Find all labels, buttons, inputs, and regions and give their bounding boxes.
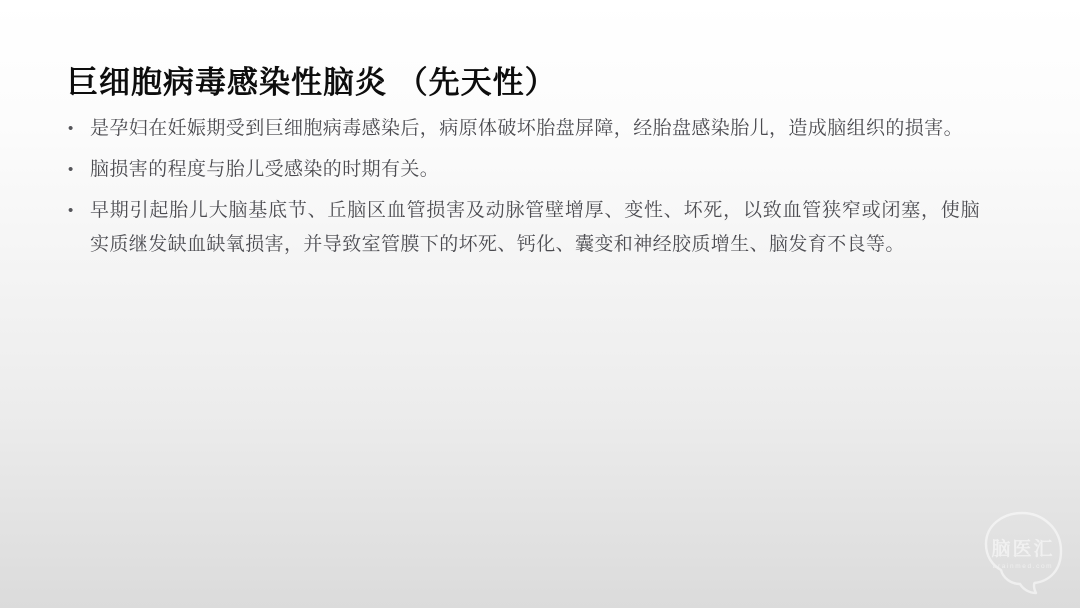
bullet-text: 早期引起胎儿大脑基底节、丘脑区血管损害及动脉管壁增厚、变性、坏死，以致血管狭窄或… bbox=[90, 194, 980, 262]
bullet-list: • 是孕妇在妊娠期受到巨细胞病毒感染后，病原体破坏胎盘屏障，经胎盘感染胎儿，造成… bbox=[68, 112, 980, 269]
brain-logo-icon: 脑医汇 brainmed.com bbox=[973, 504, 1073, 600]
brand-watermark: 脑医汇 brainmed.com bbox=[973, 504, 1073, 600]
slide-title: 巨细胞病毒感染性脑炎 （先天性） bbox=[67, 63, 557, 103]
list-item: • 早期引起胎儿大脑基底节、丘脑区血管损害及动脉管壁增厚、变性、坏死，以致血管狭… bbox=[68, 194, 980, 262]
presentation-slide: 巨细胞病毒感染性脑炎 （先天性） • 是孕妇在妊娠期受到巨细胞病毒感染后，病原体… bbox=[0, 0, 1080, 608]
list-item: • 脑损害的程度与胎儿受感染的时期有关。 bbox=[68, 153, 980, 187]
watermark-domain-text: brainmed.com bbox=[993, 563, 1053, 570]
bullet-dot-icon: • bbox=[68, 153, 90, 187]
bullet-dot-icon: • bbox=[68, 112, 90, 146]
watermark-brand-name: 脑医汇 bbox=[991, 538, 1054, 560]
list-item: • 是孕妇在妊娠期受到巨细胞病毒感染后，病原体破坏胎盘屏障，经胎盘感染胎儿，造成… bbox=[68, 112, 980, 146]
bullet-text: 是孕妇在妊娠期受到巨细胞病毒感染后，病原体破坏胎盘屏障，经胎盘感染胎儿，造成脑组… bbox=[90, 112, 980, 146]
bullet-text: 脑损害的程度与胎儿受感染的时期有关。 bbox=[90, 153, 980, 187]
bullet-dot-icon: • bbox=[68, 194, 90, 228]
